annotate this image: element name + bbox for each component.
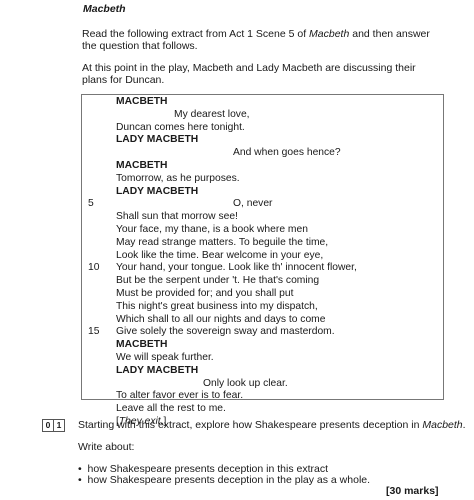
intro-instructions: Read the following extract from Act 1 Sc… bbox=[82, 29, 442, 52]
verse-line: May read strange matters. To beguile the… bbox=[116, 237, 328, 249]
verse-line: Your face, my thane, is a book where men bbox=[116, 224, 308, 236]
verse-line: My dearest love, bbox=[174, 109, 250, 121]
question-number-digit: 0 bbox=[42, 419, 54, 432]
verse-line: We will speak further. bbox=[116, 352, 214, 364]
prompt-text: Starting with this extract, explore how … bbox=[78, 419, 422, 431]
verse-line: Look like the time. Bear welcome in your… bbox=[116, 250, 323, 262]
verse-line: Which shall to all our nights and days t… bbox=[116, 314, 325, 326]
verse-line: Leave all the rest to me. bbox=[116, 403, 226, 415]
bullet-text: how Shakespeare presents deception in th… bbox=[88, 474, 371, 486]
verse-line: Give solely the sovereign sway and maste… bbox=[116, 326, 335, 338]
question-number: 0 1 bbox=[42, 419, 65, 432]
prompt-play-title: Macbeth bbox=[422, 419, 462, 431]
context-paragraph: At this point in the play, Macbeth and L… bbox=[82, 63, 442, 86]
question-number-digit: 1 bbox=[54, 419, 65, 432]
verse-line: Your hand, your tongue. Look like th' in… bbox=[116, 262, 357, 274]
verse-line: This night's great business into my disp… bbox=[116, 301, 318, 313]
line-number: 5 bbox=[88, 198, 94, 209]
speaker-name: LADY MACBETH bbox=[116, 134, 198, 146]
speaker-name: MACBETH bbox=[116, 339, 167, 351]
line-number: 15 bbox=[88, 326, 99, 337]
verse-line: And when goes hence? bbox=[233, 147, 341, 159]
verse-line: O, never bbox=[233, 198, 273, 210]
speaker-name: MACBETH bbox=[116, 160, 167, 172]
prompt-end: . bbox=[463, 419, 466, 431]
verse-line: To alter favor ever is to fear. bbox=[116, 390, 243, 402]
speaker-name: MACBETH bbox=[116, 96, 167, 108]
bullet-item: • how Shakespeare presents deception in … bbox=[78, 474, 370, 486]
speaker-name: LADY MACBETH bbox=[116, 186, 198, 198]
speaker-name: LADY MACBETH bbox=[116, 365, 198, 377]
write-about-label: Write about: bbox=[78, 441, 134, 453]
line-number: 10 bbox=[88, 262, 99, 273]
verse-line: Shall sun that morrow see! bbox=[116, 211, 238, 223]
verse-line: Duncan comes here tonight. bbox=[116, 122, 245, 134]
intro-play-title: Macbeth bbox=[309, 28, 349, 40]
verse-line: Only look up clear. bbox=[203, 378, 288, 390]
verse-line: Must be provided for; and you shall put bbox=[116, 288, 293, 300]
question-prompt: Starting with this extract, explore how … bbox=[78, 419, 466, 431]
intro-text: Read the following extract from Act 1 Sc… bbox=[82, 28, 309, 40]
verse-line: But be the serpent under 't. He that's c… bbox=[116, 275, 319, 287]
marks-label: [30 marks] bbox=[386, 485, 439, 497]
document-title: Macbeth bbox=[83, 3, 126, 15]
verse-line: Tomorrow, as he purposes. bbox=[116, 173, 240, 185]
